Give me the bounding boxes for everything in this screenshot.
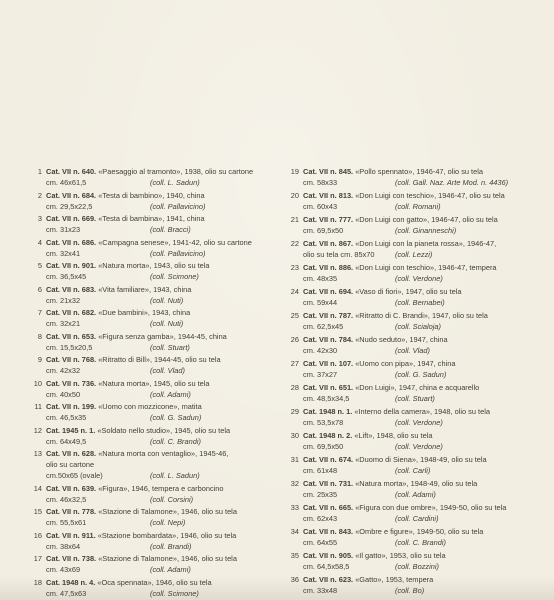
entry-body: Cat. VII n. 107. «Uomo con pipa», 1947, … [303, 358, 541, 380]
entry-line1: Cat. VII n. 905. «Il gatto», 1953, olio … [303, 550, 541, 561]
entry-number: 17 [30, 553, 42, 564]
entry-body: Cat. VII n. 813. «Don Luigi con teschio»… [303, 190, 541, 212]
entry-title: «Figura con due ombre», 1949-50, olio su… [355, 503, 506, 512]
entry-size: cm. 37x27 [303, 369, 395, 380]
entry-catalog-ref: Cat. VII n. 787. [303, 311, 353, 320]
entry-title: «Interno della camera», 1948, olio su te… [354, 407, 490, 416]
entry-size: cm. 69,5x50 [303, 225, 395, 236]
catalog-column-left: 1 Cat. VII n. 640. «Paesaggio al tramont… [30, 166, 287, 599]
entry-collection: (coll. Bozzini) [395, 562, 439, 571]
entry-collection: (coll. Nuti) [150, 296, 183, 305]
entry-body: Cat. VII n. 787. «Ritratto di C. Brandi»… [303, 310, 541, 332]
entry-number: 6 [30, 284, 42, 295]
entry-line1: Cat. VII n. 911. «Stazione bombardata», … [46, 530, 287, 541]
catalog-entry: 13 Cat. VII n. 628. «Natura morta con ve… [30, 448, 287, 481]
entry-number: 32 [287, 478, 299, 489]
catalog-entry: 32 Cat. VII n. 731. «Natura morta», 1948… [287, 478, 541, 500]
entry-collection: (coll. Bracci) [150, 225, 191, 234]
entry-line1: Cat. VII n. 768. «Ritratto di Bill», 194… [46, 354, 287, 365]
catalog-entry: 2 Cat. VII n. 684. «Testa di bambino», 1… [30, 190, 287, 212]
entry-size: cm. 61x48 [303, 465, 395, 476]
entry-collection: (coll. C. Brandi) [395, 538, 446, 547]
entry-size: cm. 59x44 [303, 297, 395, 308]
entry-number: 33 [287, 502, 299, 513]
entry-collection: (coll. Verdone) [395, 442, 443, 451]
entry-number: 12 [30, 425, 42, 436]
entry-line2: cm. 48x35(coll. Verdone) [303, 273, 541, 284]
entry-size: cm. 46x61,5 [46, 177, 150, 188]
entry-catalog-ref: Cat. VII n. 669. [46, 214, 96, 223]
entry-collection: (coll. Nuti) [150, 319, 183, 328]
entry-catalog-ref: Cat. VII n. 683. [46, 285, 96, 294]
entry-line2: cm. 64x55(coll. C. Brandi) [303, 537, 541, 548]
entry-line2: cm. 58x33(coll. Gall. Naz. Arte Mod. n. … [303, 177, 541, 188]
entry-body: Cat. VII n. 653. «Figura senza gamba», 1… [46, 331, 287, 353]
entry-title: «Don Luigi», 1947, china e acquarello [355, 383, 479, 392]
entry-body: Cat. VII n. 199. «Uomo con mozzicone», m… [46, 401, 287, 423]
entry-catalog-ref: Cat. VII n. 736. [46, 379, 96, 388]
entry-body: Cat. VII n. 777. «Don Luigi con gatto», … [303, 214, 541, 236]
entry-size: cm. 40x50 [46, 389, 150, 400]
entry-line2: cm. 59x44(coll. Bernabei) [303, 297, 541, 308]
entry-body: Cat. VII n. 901. «Natura morta», 1943, o… [46, 260, 287, 282]
entry-size: cm. 48x35 [303, 273, 395, 284]
entry-line1: Cat. VII n. 653. «Figura senza gamba», 1… [46, 331, 287, 342]
catalog-entry: 27 Cat. VII n. 107. «Uomo con pipa», 194… [287, 358, 541, 380]
entry-size: cm. 53,5x78 [303, 417, 395, 428]
catalog-entry: 25 Cat. VII n. 787. «Ritratto di C. Bran… [287, 310, 541, 332]
entry-number: 30 [287, 430, 299, 441]
entry-line2: cm. 42x30(coll. Vlad) [303, 345, 541, 356]
entry-number: 20 [287, 190, 299, 201]
entry-title: «Uomo con mozzicone», matita [98, 402, 202, 411]
entry-line2: cm. 29,5x22,5(coll. Pallavicino) [46, 201, 287, 212]
entry-number: 18 [30, 577, 42, 588]
entry-title: «Don Luigi con teschio», 1946-47, temper… [355, 263, 496, 272]
entry-number: 2 [30, 190, 42, 201]
entry-size: cm. 42x30 [303, 345, 395, 356]
entry-collection: (coll. Corsini) [150, 495, 193, 504]
entry-catalog-ref: Cat. VII n. 640. [46, 167, 96, 176]
entry-number: 25 [287, 310, 299, 321]
entry-line2: cm. 47,5x63(coll. Scimone) [46, 588, 287, 599]
entry-title: «Don Luigi con la pianeta rossa», 1946-4… [355, 239, 496, 248]
entry-title: «Don Luigi con teschio», 1946-47, olio s… [355, 191, 505, 200]
entry-line2: cm. 55,5x61(coll. Nepi) [46, 517, 287, 528]
entry-catalog-ref: Cat. VII n. 628. [46, 449, 96, 458]
entry-size: cm. 48,5x34,5 [303, 393, 395, 404]
entry-catalog-ref: Cat. VII n. 845. [303, 167, 353, 176]
entry-catalog-ref: Cat. VII n. 686. [46, 238, 96, 247]
entry-line2: cm. 21x32(coll. Nuti) [46, 295, 287, 306]
entry-collection: (coll. G. Sadun) [150, 413, 201, 422]
entry-number: 1 [30, 166, 42, 177]
entry-body: Cat. 1948 n. 1. «Interno della camera», … [303, 406, 541, 428]
entry-title: «Ombre e figure», 1949-50, olio su tela [355, 527, 483, 536]
entry-title: «Testa di bambino», 1940, china [98, 191, 204, 200]
entry-collection: (coll. L. Sadun) [150, 178, 200, 187]
entry-line2: cm. 32x21(coll. Nuti) [46, 318, 287, 329]
entry-line1: Cat. VII n. 669. «Testa di bambina», 194… [46, 213, 287, 224]
entry-collection: (coll. L. Sadun) [150, 471, 200, 480]
entry-line2: cm. 64x49,5(coll. C. Brandi) [46, 436, 287, 447]
entry-line1: Cat. VII n. 784. «Nudo seduto», 1947, ch… [303, 334, 541, 345]
entry-collection: (coll. Brandi) [150, 542, 191, 551]
entry-catalog-ref: Cat. VII n. 623. [303, 575, 353, 584]
entry-title: «Soldato nello studio», 1945, olio su te… [97, 426, 230, 435]
catalog-entry: 6 Cat. VII n. 683. «Vita familiare», 194… [30, 284, 287, 306]
entry-title: «Vita familiare», 1943, china [98, 285, 191, 294]
entry-body: Cat. VII n. 682. «Due bambini», 1943, ch… [46, 307, 287, 329]
entry-title: «Paesaggio al tramonto», 1938, olio su c… [98, 167, 253, 176]
entry-catalog-ref: Cat. VII n. 107. [303, 359, 353, 368]
entry-size: cm. 69,5x50 [303, 441, 395, 452]
entry-line2: cm. 38x64(coll. Brandi) [46, 541, 287, 552]
entry-line1: Cat. VII n. 686. «Campagna senese», 1941… [46, 237, 287, 248]
entry-title: «Natura morta», 1943, olio su tela [98, 261, 209, 270]
catalog-entry: 28 Cat. VII n. 651. «Don Luigi», 1947, c… [287, 382, 541, 404]
entry-catalog-ref: Cat. VII n. 731. [303, 479, 353, 488]
entry-line2: cm. 48,5x34,5(coll. Stuart) [303, 393, 541, 404]
entry-title: «Lift», 1948, olio su tela [354, 431, 432, 440]
entry-catalog-ref: Cat. VII n. 867. [303, 239, 353, 248]
entry-size: cm. 64x55 [303, 537, 395, 548]
entry-collection: (coll. Verdone) [395, 418, 443, 427]
entry-collection: (coll. Verdone) [395, 274, 443, 283]
entry-line2: cm. 40x50(coll. Adami) [46, 389, 287, 400]
entry-title: «Natura morta», 1945, olio su tela [98, 379, 209, 388]
entry-number: 9 [30, 354, 42, 365]
entry-collection: (coll. Bernabei) [395, 298, 445, 307]
entry-line1: Cat. VII n. 684. «Testa di bambino», 194… [46, 190, 287, 201]
entry-line2: cm. 32x41(coll. Pallavicino) [46, 248, 287, 259]
entry-line2: cm. 69,5x50(coll. Verdone) [303, 441, 541, 452]
entry-title: «Stazione bombardata», 1946, olio su tel… [98, 531, 236, 540]
entry-line1: Cat. VII n. 901. «Natura morta», 1943, o… [46, 260, 287, 271]
entry-line1: Cat. 1948 n. 2. «Lift», 1948, olio su te… [303, 430, 541, 441]
entry-title: «Stazione di Talamone», 1946, olio su te… [98, 554, 237, 563]
entry-size: cm. 33x48 [303, 585, 395, 596]
entry-line1: Cat. VII n. 731. «Natura morta», 1948-49… [303, 478, 541, 489]
entry-size: cm. 31x23 [46, 224, 150, 235]
catalog-entry: 5 Cat. VII n. 901. «Natura morta», 1943,… [30, 260, 287, 282]
entry-number: 19 [287, 166, 299, 177]
entry-line1: Cat. 1948 n. 1. «Interno della camera», … [303, 406, 541, 417]
entry-body: Cat. VII n. 905. «Il gatto», 1953, olio … [303, 550, 541, 572]
entry-line1: Cat. VII n. 199. «Uomo con mozzicone», m… [46, 401, 287, 412]
entry-body: Cat. VII n. 784. «Nudo seduto», 1947, ch… [303, 334, 541, 356]
entry-title: «Duomo di Siena», 1948-49, olio su tela [355, 455, 486, 464]
entry-catalog-ref: Cat. VII n. 777. [303, 215, 353, 224]
entry-medium-line: olio su cartone [46, 459, 287, 470]
catalog-entry: 21 Cat. VII n. 777. «Don Luigi con gatto… [287, 214, 541, 236]
entry-size: cm. 60x43 [303, 201, 395, 212]
entry-catalog-ref: Cat. 1948 n. 4. [46, 578, 95, 587]
entry-size: cm. 25x35 [303, 489, 395, 500]
entry-line1: Cat. VII n. 845. «Pollo spennato», 1946-… [303, 166, 541, 177]
entry-collection: (coll. Stuart) [150, 343, 190, 352]
entry-number: 13 [30, 448, 42, 459]
entry-line1: Cat. VII n. 640. «Paesaggio al tramonto»… [46, 166, 287, 177]
entry-line1: Cat. VII n. 787. «Ritratto di C. Brandi»… [303, 310, 541, 321]
entry-title: «Il gatto», 1953, olio su tela [355, 551, 445, 560]
entry-body: Cat. VII n. 683. «Vita familiare», 1943,… [46, 284, 287, 306]
catalog-list: 1 Cat. VII n. 640. «Paesaggio al tramont… [30, 166, 541, 599]
entry-body: Cat. 1948 n. 4. «Oca spennata», 1946, ol… [46, 577, 287, 599]
entry-number: 36 [287, 574, 299, 585]
catalog-entry: 7 Cat. VII n. 682. «Due bambini», 1943, … [30, 307, 287, 329]
entry-catalog-ref: Cat. VII n. 738. [46, 554, 96, 563]
catalog-entry: 20 Cat. VII n. 813. «Don Luigi con tesch… [287, 190, 541, 212]
catalog-entry: 14 Cat. VII n. 639. «Figura», 1946, temp… [30, 483, 287, 505]
entry-number: 16 [30, 530, 42, 541]
entry-title: «Figura senza gamba», 1944-45, china [98, 332, 227, 341]
catalog-entry: 19 Cat. VII n. 845. «Pollo spennato», 19… [287, 166, 541, 188]
entry-body: Cat. 1948 n. 2. «Lift», 1948, olio su te… [303, 430, 541, 452]
catalog-entry: 30 Cat. 1948 n. 2. «Lift», 1948, olio su… [287, 430, 541, 452]
entry-body: Cat. VII n. 736. «Natura morta», 1945, o… [46, 378, 287, 400]
entry-collection: (coll. Adami) [150, 565, 191, 574]
entry-size: cm. 55,5x61 [46, 517, 150, 528]
catalog-entry: 1 Cat. VII n. 640. «Paesaggio al tramont… [30, 166, 287, 188]
book-page: { "page": { "background": "#f2eee2", "te… [0, 0, 554, 600]
entry-line2: cm. 53,5x78(coll. Verdone) [303, 417, 541, 428]
entry-number: 34 [287, 526, 299, 537]
entry-body: Cat. VII n. 674. «Duomo di Siena», 1948-… [303, 454, 541, 476]
entry-line2: cm. 46x61,5(coll. L. Sadun) [46, 177, 287, 188]
entry-line2: cm. 36,5x45(coll. Scimone) [46, 271, 287, 282]
entry-size: cm.50x65 (ovale) [46, 470, 150, 481]
entry-size: cm. 46,5x35 [46, 412, 150, 423]
catalog-entry: 31 Cat. VII n. 674. «Duomo di Siena», 19… [287, 454, 541, 476]
entry-line1: Cat. VII n. 738. «Stazione di Talamone»,… [46, 553, 287, 564]
entry-line2: cm. 42x32(coll. Vlad) [46, 365, 287, 376]
entry-body: Cat. VII n. 867. «Don Luigi con la piane… [303, 238, 541, 260]
entry-catalog-ref: Cat. VII n. 778. [46, 507, 96, 516]
catalog-entry: 16 Cat. VII n. 911. «Stazione bombardata… [30, 530, 287, 552]
entry-catalog-ref: Cat. VII n. 665. [303, 503, 353, 512]
entry-line2: cm. 15,5x20,5(coll. Stuart) [46, 342, 287, 353]
entry-collection: (coll. Vlad) [150, 366, 185, 375]
entry-line1: Cat. VII n. 867. «Don Luigi con la piane… [303, 238, 541, 249]
entry-body: Cat. 1945 n. 1. «Soldato nello studio», … [46, 425, 287, 447]
catalog-entry: 36 Cat. VII n. 623. «Gatto», 1953, tempe… [287, 574, 541, 596]
entry-size: cm. 36,5x45 [46, 271, 150, 282]
entry-line2: cm. 62,5x45(coll. Scialoja) [303, 321, 541, 332]
entry-body: Cat. VII n. 778. «Stazione di Talamone»,… [46, 506, 287, 528]
entry-number: 31 [287, 454, 299, 465]
entry-line1: Cat. VII n. 651. «Don Luigi», 1947, chin… [303, 382, 541, 393]
entry-collection: (coll. Romani) [395, 202, 441, 211]
catalog-entry: 29 Cat. 1948 n. 1. «Interno della camera… [287, 406, 541, 428]
entry-catalog-ref: Cat. VII n. 199. [46, 402, 96, 411]
entry-catalog-ref: Cat. VII n. 694. [303, 287, 353, 296]
entry-title: «Due bambini», 1943, china [98, 308, 190, 317]
entry-body: Cat. VII n. 694. «Vaso di fiori», 1947, … [303, 286, 541, 308]
entry-title: «Ritratto di C. Brandi», 1947, olio su t… [355, 311, 488, 320]
entry-catalog-ref: Cat. VII n. 651. [303, 383, 353, 392]
entry-number: 4 [30, 237, 42, 248]
entry-number: 14 [30, 483, 42, 494]
entry-body: Cat. VII n. 639. «Figura», 1946, tempera… [46, 483, 287, 505]
entry-title: «Don Luigi con gatto», 1946-47, olio su … [355, 215, 498, 224]
entry-collection: (coll. Carli) [395, 466, 430, 475]
entry-size: cm. 43x69 [46, 564, 150, 575]
entry-number: 24 [287, 286, 299, 297]
entry-line2: olio su tela cm. 85x70(coll. Lezzi) [303, 249, 541, 260]
entry-catalog-ref: Cat. VII n. 843. [303, 527, 353, 536]
entry-catalog-ref: Cat. VII n. 682. [46, 308, 96, 317]
catalog-entry: 24 Cat. VII n. 694. «Vaso di fiori», 194… [287, 286, 541, 308]
entry-number: 3 [30, 213, 42, 224]
entry-title: «Oca spennata», 1946, olio su tela [97, 578, 211, 587]
catalog-entry: 8 Cat. VII n. 653. «Figura senza gamba»,… [30, 331, 287, 353]
entry-size: olio su tela cm. 85x70 [303, 249, 395, 260]
entry-line1: Cat. VII n. 777. «Don Luigi con gatto», … [303, 214, 541, 225]
entry-number: 21 [287, 214, 299, 225]
entry-line2: cm.50x65 (ovale)(coll. L. Sadun) [46, 470, 287, 481]
entry-body: Cat. VII n. 651. «Don Luigi», 1947, chin… [303, 382, 541, 404]
entry-body: Cat. VII n. 669. «Testa di bambina», 194… [46, 213, 287, 235]
entry-collection: (coll. Scimone) [150, 272, 199, 281]
catalog-entry: 35 Cat. VII n. 905. «Il gatto», 1953, ol… [287, 550, 541, 572]
entry-number: 26 [287, 334, 299, 345]
entry-line2: cm. 37x27(coll. G. Sadun) [303, 369, 541, 380]
entry-number: 29 [287, 406, 299, 417]
entry-size: cm. 38x64 [46, 541, 150, 552]
entry-body: Cat. VII n. 843. «Ombre e figure», 1949-… [303, 526, 541, 548]
entry-body: Cat. VII n. 731. «Natura morta», 1948-49… [303, 478, 541, 500]
entry-line1: Cat. 1945 n. 1. «Soldato nello studio», … [46, 425, 287, 436]
entry-title: «Ritratto di Bill», 1944-45, olio su tel… [98, 355, 220, 364]
entry-number: 28 [287, 382, 299, 393]
entry-line1: Cat. VII n. 665. «Figura con due ombre»,… [303, 502, 541, 513]
entry-collection: (coll. G. Sadun) [395, 370, 446, 379]
entry-line1: Cat. VII n. 107. «Uomo con pipa», 1947, … [303, 358, 541, 369]
entry-size: cm. 42x32 [46, 365, 150, 376]
entry-collection: (coll. Lezzi) [395, 250, 432, 259]
entry-collection: (coll. Nepi) [150, 518, 185, 527]
entry-line2: cm. 62x43(coll. Cardini) [303, 513, 541, 524]
entry-body: Cat. VII n. 911. «Stazione bombardata», … [46, 530, 287, 552]
entry-collection: (coll. Stuart) [395, 394, 435, 403]
entry-body: Cat. VII n. 623. «Gatto», 1953, tempera … [303, 574, 541, 596]
entry-title: «Uomo con pipa», 1947, china [355, 359, 455, 368]
catalog-entry: 3 Cat. VII n. 669. «Testa di bambina», 1… [30, 213, 287, 235]
entry-line2: cm. 33x48(coll. Bo) [303, 585, 541, 596]
catalog-entry: 15 Cat. VII n. 778. «Stazione di Talamon… [30, 506, 287, 528]
entry-title: «Gatto», 1953, tempera [355, 575, 433, 584]
entry-size: cm. 64x49,5 [46, 436, 150, 447]
catalog-entry: 34 Cat. VII n. 843. «Ombre e figure», 19… [287, 526, 541, 548]
entry-body: Cat. VII n. 768. «Ritratto di Bill», 194… [46, 354, 287, 376]
catalog-entry: 11 Cat. VII n. 199. «Uomo con mozzicone»… [30, 401, 287, 423]
entry-title: «Natura morta con ventaglio», 1945-46, [98, 449, 228, 458]
entry-title: «Nudo seduto», 1947, china [355, 335, 447, 344]
entry-size: cm. 64,5x58,5 [303, 561, 395, 572]
entry-body: Cat. VII n. 628. «Natura morta con venta… [46, 448, 287, 481]
entry-collection: (coll. Vlad) [395, 346, 430, 355]
entry-title: «Stazione di Talamone», 1946, olio su te… [98, 507, 237, 516]
entry-size: cm. 21x32 [46, 295, 150, 306]
entry-size: cm. 29,5x22,5 [46, 201, 150, 212]
entry-body: Cat. VII n. 845. «Pollo spennato», 1946-… [303, 166, 541, 188]
entry-catalog-ref: Cat. VII n. 905. [303, 551, 353, 560]
entry-collection: (coll. Ginanneschi) [395, 226, 456, 235]
catalog-entry: 22 Cat. VII n. 867. «Don Luigi con la pi… [287, 238, 541, 260]
entry-body: Cat. VII n. 665. «Figura con due ombre»,… [303, 502, 541, 524]
entry-collection: (coll. Scimone) [150, 589, 199, 598]
entry-collection: (coll. Pallavicino) [150, 249, 205, 258]
entry-line1: Cat. VII n. 682. «Due bambini», 1943, ch… [46, 307, 287, 318]
entry-line1: Cat. VII n. 813. «Don Luigi con teschio»… [303, 190, 541, 201]
entry-catalog-ref: Cat. VII n. 653. [46, 332, 96, 341]
entry-line1: Cat. 1948 n. 4. «Oca spennata», 1946, ol… [46, 577, 287, 588]
catalog-entry: 9 Cat. VII n. 768. «Ritratto di Bill», 1… [30, 354, 287, 376]
entry-line2: cm. 46,5x35(coll. G. Sadun) [46, 412, 287, 423]
entry-line2: cm. 60x43(coll. Romani) [303, 201, 541, 212]
entry-catalog-ref: Cat. 1948 n. 2. [303, 431, 352, 440]
entry-line1: Cat. VII n. 886. «Don Luigi con teschio»… [303, 262, 541, 273]
entry-line2: cm. 46x32,5(coll. Corsini) [46, 494, 287, 505]
entry-line1: Cat. VII n. 623. «Gatto», 1953, tempera [303, 574, 541, 585]
entry-number: 11 [30, 401, 42, 412]
entry-number: 7 [30, 307, 42, 318]
entry-size: cm. 47,5x63 [46, 588, 150, 599]
entry-collection: (coll. Bo) [395, 586, 424, 595]
entry-size: cm. 62x43 [303, 513, 395, 524]
entry-title: «Campagna senese», 1941-42, olio su cart… [98, 238, 252, 247]
entry-size: cm. 46x32,5 [46, 494, 150, 505]
entry-title: «Natura morta», 1948-49, olio su tela [355, 479, 477, 488]
entry-number: 8 [30, 331, 42, 342]
entry-size: cm. 58x33 [303, 177, 395, 188]
entry-line1: Cat. VII n. 683. «Vita familiare», 1943,… [46, 284, 287, 295]
entry-collection: (coll. Gall. Naz. Arte Mod. n. 4436) [395, 178, 508, 187]
entry-catalog-ref: Cat. 1945 n. 1. [46, 426, 95, 435]
entry-number: 27 [287, 358, 299, 369]
entry-body: Cat. VII n. 684. «Testa di bambino», 194… [46, 190, 287, 212]
entry-catalog-ref: Cat. 1948 n. 1. [303, 407, 352, 416]
entry-catalog-ref: Cat. VII n. 684. [46, 191, 96, 200]
entry-collection: (coll. Adami) [150, 390, 191, 399]
entry-line2: cm. 69,5x50(coll. Ginanneschi) [303, 225, 541, 236]
entry-number: 15 [30, 506, 42, 517]
entry-line2: cm. 61x48(coll. Carli) [303, 465, 541, 476]
entry-title: «Pollo spennato», 1946-47, olio su tela [355, 167, 483, 176]
catalog-entry: 10 Cat. VII n. 736. «Natura morta», 1945… [30, 378, 287, 400]
catalog-entry: 23 Cat. VII n. 886. «Don Luigi con tesch… [287, 262, 541, 284]
catalog-entry: 26 Cat. VII n. 784. «Nudo seduto», 1947,… [287, 334, 541, 356]
catalog-entry: 17 Cat. VII n. 738. «Stazione di Talamon… [30, 553, 287, 575]
entry-collection: (coll. Pallavicino) [150, 202, 205, 211]
entry-collection: (coll. C. Brandi) [150, 437, 201, 446]
entry-line2: cm. 31x23(coll. Bracci) [46, 224, 287, 235]
entry-size: cm. 32x21 [46, 318, 150, 329]
entry-collection: (coll. Scialoja) [395, 322, 441, 331]
entry-collection: (coll. Adami) [395, 490, 436, 499]
entry-catalog-ref: Cat. VII n. 901. [46, 261, 96, 270]
entry-line1: Cat. VII n. 639. «Figura», 1946, tempera… [46, 483, 287, 494]
entry-collection: (coll. Cardini) [395, 514, 439, 523]
entry-number: 5 [30, 260, 42, 271]
catalog-entry: 12 Cat. 1945 n. 1. «Soldato nello studio… [30, 425, 287, 447]
entry-catalog-ref: Cat. VII n. 674. [303, 455, 353, 464]
entry-line1: Cat. VII n. 843. «Ombre e figure», 1949-… [303, 526, 541, 537]
entry-catalog-ref: Cat. VII n. 911. [46, 531, 96, 540]
catalog-entry: 18 Cat. 1948 n. 4. «Oca spennata», 1946,… [30, 577, 287, 599]
entry-number: 35 [287, 550, 299, 561]
